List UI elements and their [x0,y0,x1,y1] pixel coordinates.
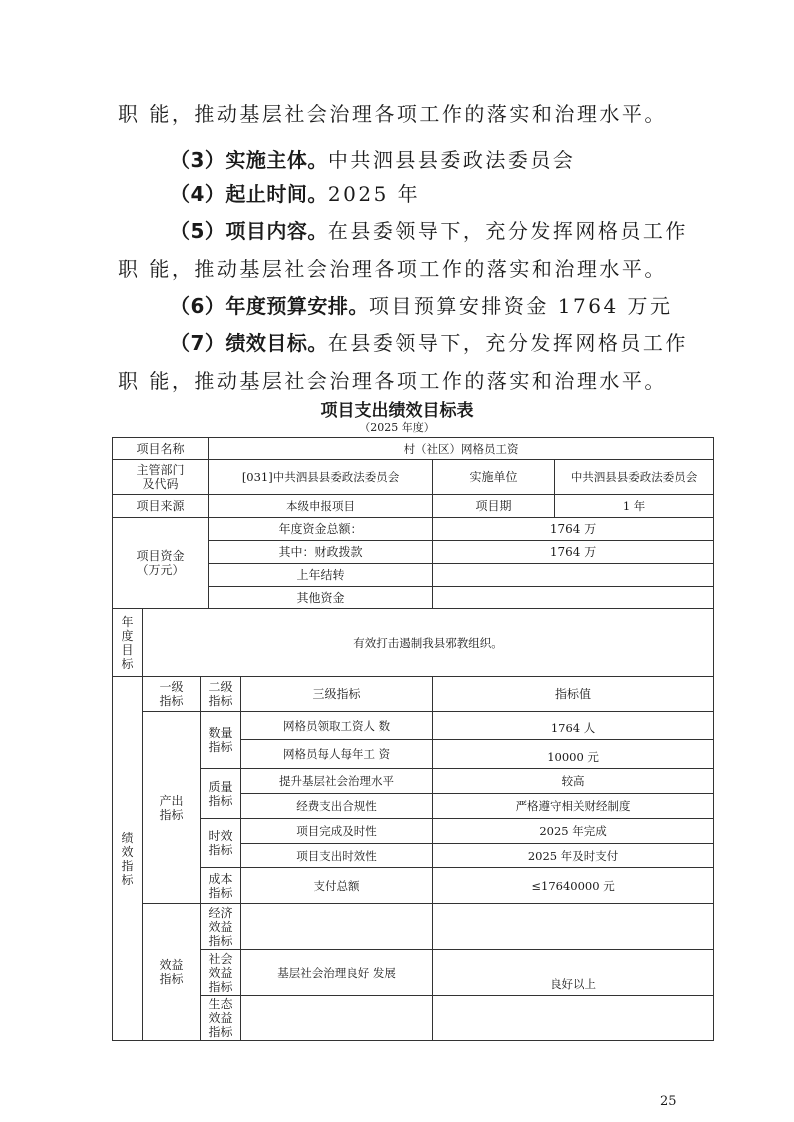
group-label-line3: 指标 [201,1025,240,1039]
source-value: 本级申报项目 [209,495,433,518]
paragraph-period: （4）起止时间。2025 年 [170,180,420,208]
paragraph-continuation-3: 职 能，推动基层社会治理各项工作的落实和治理水平。 [118,367,667,395]
indicator-name: 项目完成及时性 [241,819,433,844]
paragraph-text: 职 能，推动基层社会治理各项工作的落实和治理水平。 [118,369,667,393]
quantity-indicator-label: 数量指标 [201,712,241,769]
output-label-line2: 指标 [143,808,200,822]
source-label: 项目来源 [113,495,209,518]
row-benefit-economic: 效益指标 经济效益指标 [113,904,714,950]
paragraph-continuation-1: 职 能，推动基层社会治理各项工作的落实和治理水平。 [118,100,667,128]
paragraph-heading: （7）绩效目标。 [170,331,328,355]
group-label-line2: 指标 [201,886,240,900]
paragraph-text: 2025 年 [328,182,420,206]
benefit-label-line2: 指标 [143,972,200,986]
group-label-line1: 质量 [201,780,240,794]
indicator-name: 提升基层社会治理水平 [241,769,433,794]
group-label-line3: 指标 [201,980,240,994]
indicator-value: 2025 年完成 [433,819,714,844]
department-label: 主管部门及代码 [113,460,209,495]
group-label-line2: 指标 [201,843,240,857]
department-label-line1: 主管部门 [113,463,208,477]
paragraph-text: 中共泗县县委政法委员会 [328,148,576,172]
indicator-name: 网格员领取工资人 数 [241,712,433,740]
annual-goal-label: 年度目标 [113,609,143,677]
funds-row-value [433,587,714,609]
table-title: 项目支出绩效目标表 [0,396,794,421]
indicator-value: 2025 年及时支付 [433,844,714,868]
row-funds-total: 项目资金（万元） 年度资金总额： 1764 万 [113,518,714,541]
table-subtitle: （2025 年度） [0,419,794,435]
row-output-cost: 成本指标 支付总额 ≤17640000 元 [113,868,714,904]
paragraph-heading: （5）项目内容。 [170,219,328,243]
header-level1: 一级指标 [143,677,201,712]
header-level2-line2: 指标 [201,694,240,708]
indicator-value: 1764 人 [433,712,714,740]
group-label-line2: 效益 [201,1011,240,1025]
paragraph-text: 在县委领导下，充分发挥网格员工作 [328,219,688,243]
indicator-value: 良好以上 [433,950,714,996]
indicator-value: 10000 元 [433,740,714,769]
row-output-quality-1: 质量指标 提升基层社会治理水平 较高 [113,769,714,794]
header-level1-line2: 指标 [143,694,200,708]
group-label-line1: 经济 [201,906,240,920]
indicator-value [433,904,714,950]
page-number: 25 [660,1094,677,1109]
performance-goal-table: 项目名称 村（社区）网格员工资 主管部门及代码 [031]中共泗县县委政法委员会… [112,437,714,1041]
funds-row-value: 1764 万 [433,518,714,541]
department-value: [031]中共泗县县委政法委员会 [209,460,433,495]
indicator-value: ≤17640000 元 [433,868,714,904]
funds-label-line1: 项目资金 [113,549,208,563]
funds-row-value [433,564,714,587]
indicator-value: 严格遵守相关财经制度 [433,794,714,819]
row-indicator-headers: 绩效指标 一级指标 二级指标 三级指标 指标值 [113,677,714,712]
header-level3: 三级指标 [241,677,433,712]
timeliness-indicator-label: 时效指标 [201,819,241,868]
row-source: 项目来源 本级申报项目 项目期 1 年 [113,495,714,518]
paragraph-text: 项目预算安排资金 1764 万元 [369,294,673,318]
group-label-line2: 效益 [201,966,240,980]
funds-label-line2: （万元） [113,563,208,577]
indicator-name: 基层社会治理良好 发展 [241,950,433,996]
row-benefit-social: 社会效益指标 基层社会治理良好 发展 良好以上 [113,950,714,996]
funds-row-label: 其他资金 [209,587,433,609]
funds-label: 项目资金（万元） [113,518,209,609]
impl-unit-label: 实施单位 [433,460,555,495]
group-label-line2: 指标 [201,794,240,808]
period-value: 1 年 [555,495,714,518]
header-level1-line1: 一级 [143,680,200,694]
indicator-name: 项目支出时效性 [241,844,433,868]
indicator-name: 支付总额 [241,868,433,904]
project-name-value: 村（社区）网格员工资 [209,438,714,460]
impl-unit-value: 中共泗县县委政法委员会 [555,460,714,495]
funds-row-label: 其中：财政拨款 [209,541,433,564]
paragraph-text: 职 能，推动基层社会治理各项工作的落实和治理水平。 [118,102,667,126]
funds-row-value: 1764 万 [433,541,714,564]
funds-row-label: 上年结转 [209,564,433,587]
paragraph-content: （5）项目内容。在县委领导下，充分发挥网格员工作 [170,217,688,245]
benefit-label-line1: 效益 [143,958,200,972]
group-label-line1: 时效 [201,829,240,843]
row-benefit-ecological: 生态效益指标 [113,996,714,1041]
period-label: 项目期 [433,495,555,518]
indicator-name [241,996,433,1041]
group-label-line1: 社会 [201,952,240,966]
group-label-line3: 指标 [201,934,240,948]
paragraph-heading: （6）年度预算安排。 [170,294,369,318]
economic-benefit-label: 经济效益指标 [201,904,241,950]
project-name-label: 项目名称 [113,438,209,460]
paragraph-text: 职 能，推动基层社会治理各项工作的落实和治理水平。 [118,257,667,281]
indicator-name: 网格员每人每年工 资 [241,740,433,769]
group-label-line1: 生态 [201,997,240,1011]
indicator-value [433,996,714,1041]
paragraph-implementer: （3）实施主体。中共泗县县委政法委员会 [170,146,575,174]
paragraph-text: 在县委领导下，充分发挥网格员工作 [328,331,688,355]
output-indicator-label: 产出指标 [143,712,201,904]
output-label-line1: 产出 [143,794,200,808]
indicator-name [241,904,433,950]
quality-indicator-label: 质量指标 [201,769,241,819]
performance-indicator-label: 绩效指标 [113,677,143,1041]
group-label-line1: 成本 [201,872,240,886]
header-value: 指标值 [433,677,714,712]
annual-goal-label-text: 年度目标 [113,615,142,671]
group-label-line2: 效益 [201,920,240,934]
row-output-quantity-1: 产出指标 数量指标 网格员领取工资人 数 1764 人 [113,712,714,740]
group-label-line1: 数量 [201,726,240,740]
indicator-name: 经费支出合规性 [241,794,433,819]
department-label-line2: 及代码 [113,477,208,491]
header-level2: 二级指标 [201,677,241,712]
row-project-name: 项目名称 村（社区）网格员工资 [113,438,714,460]
row-department: 主管部门及代码 [031]中共泗县县委政法委员会 实施单位 中共泗县县委政法委员… [113,460,714,495]
header-level2-line1: 二级 [201,680,240,694]
funds-row-label: 年度资金总额： [209,518,433,541]
paragraph-heading: （4）起止时间。 [170,182,328,206]
group-label-line2: 指标 [201,740,240,754]
row-annual-goal: 年度目标 有效打击遏制我县邪教组织。 [113,609,714,677]
performance-indicator-label-text: 绩效指标 [113,831,142,887]
paragraph-continuation-2: 职 能，推动基层社会治理各项工作的落实和治理水平。 [118,255,667,283]
paragraph-budget: （6）年度预算安排。项目预算安排资金 1764 万元 [170,292,673,320]
benefit-indicator-label: 效益指标 [143,904,201,1041]
indicator-value: 较高 [433,769,714,794]
paragraph-heading: （3）实施主体。 [170,148,328,172]
paragraph-goal: （7）绩效目标。在县委领导下，充分发挥网格员工作 [170,329,688,357]
annual-goal-value: 有效打击遏制我县邪教组织。 [143,609,714,677]
row-output-timeliness-1: 时效指标 项目完成及时性 2025 年完成 [113,819,714,844]
social-benefit-label: 社会效益指标 [201,950,241,996]
cost-indicator-label: 成本指标 [201,868,241,904]
ecological-benefit-label: 生态效益指标 [201,996,241,1041]
